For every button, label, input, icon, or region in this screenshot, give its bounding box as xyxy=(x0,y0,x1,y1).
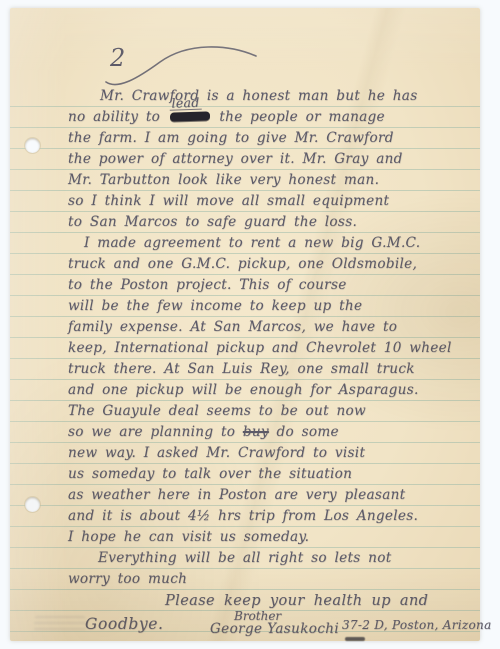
signature: George Yasukochi xyxy=(210,621,339,637)
letter-text: so we are planning to xyxy=(68,424,243,440)
letter-text: do some xyxy=(269,424,339,440)
letter-text: Mr. Crawford is a honest man but he has xyxy=(100,88,417,104)
letter-line: worry too much xyxy=(68,569,472,590)
letter-text: so I think I will move all small equipme… xyxy=(68,193,389,209)
letter-line: us someday to talk over the situation xyxy=(68,464,472,485)
pencil-smudge xyxy=(34,616,86,632)
letter-line: so we are planning to buy do some xyxy=(68,422,472,443)
letter-text: the farm. I am going to give Mr. Crawfor… xyxy=(68,130,394,146)
letter-line: family expense. At San Marcos, we have t… xyxy=(68,317,472,338)
letter-text: truck and one G.M.C. pickup, one Oldsmob… xyxy=(68,256,417,272)
letter-text: family expense. At San Marcos, we have t… xyxy=(68,319,397,335)
letter-line: new way. I asked Mr. Crawford to visit xyxy=(68,443,472,464)
letter-line: the farm. I am going to give Mr. Crawfor… xyxy=(68,128,472,149)
letter-line: I hope he can visit us someday. xyxy=(68,527,472,548)
closing-farewell: Goodbye. xyxy=(85,615,164,633)
letter-text: as weather here in Poston are very pleas… xyxy=(68,487,405,503)
letter-line: will be the few income to keep up the xyxy=(68,296,472,317)
letter-text: and it is about 4½ hrs trip from Los Ang… xyxy=(68,508,418,524)
letter-text: us someday to talk over the situation xyxy=(68,466,352,482)
letter-text: keep, International pickup and Chevrolet… xyxy=(68,340,452,356)
letter-line: I made agreement to rent a new big G.M.C… xyxy=(68,233,472,254)
letter-text: new way. I asked Mr. Crawford to visit xyxy=(68,445,365,461)
letter-text: I made agreement to rent a new big G.M.C… xyxy=(84,235,420,251)
letter-text: Mr. Tarbutton look like very honest man. xyxy=(68,172,379,188)
letter-line: so I think I will move all small equipme… xyxy=(68,191,472,212)
letter-line: the power of attorney over it. Mr. Gray … xyxy=(68,149,472,170)
letter-text: to San Marcos to safe guard the loss. xyxy=(68,214,357,230)
letter-line: to San Marcos to safe guard the loss. xyxy=(68,212,472,233)
letter-text: Everything will be all right so lets not xyxy=(98,550,391,566)
letter-text: no ability to xyxy=(68,109,168,125)
letter-line: truck there. At San Luis Rey, one small … xyxy=(68,359,472,380)
punch-hole-bottom xyxy=(25,497,40,512)
letter-text: the people or manage xyxy=(212,109,385,125)
letter-text: will be the few income to keep up the xyxy=(68,298,362,314)
letter-line: and it is about 4½ hrs trip from Los Ang… xyxy=(68,506,472,527)
letter-page: 2 Mr. Crawford is a honest man but he ha… xyxy=(10,8,480,641)
redacted-word: lead xyxy=(170,111,210,121)
letter-line: and one pickup will be enough for Aspara… xyxy=(68,380,472,401)
ink-smudge xyxy=(345,637,365,641)
letter-line: truck and one G.M.C. pickup, one Oldsmob… xyxy=(68,254,472,275)
letter-line: Mr. Crawford is a honest man but he has xyxy=(68,86,472,107)
scan-background: 2 Mr. Crawford is a honest man but he ha… xyxy=(0,0,500,649)
letter-text: The Guayule deal seems to be out now xyxy=(68,403,366,419)
letter-text: and one pickup will be enough for Aspara… xyxy=(68,382,419,398)
letter-line: no ability to lead the people or manage xyxy=(68,107,472,128)
letter-text: truck there. At San Luis Rey, one small … xyxy=(68,361,415,377)
punch-hole-top xyxy=(25,138,40,153)
closing-please-line: Please keep your health up and xyxy=(165,593,428,609)
letter-line: to the Poston project. This of course xyxy=(68,275,472,296)
letter-text: worry too much xyxy=(68,571,187,587)
letter-text: to the Poston project. This of course xyxy=(68,277,347,293)
letter-text: the power of attorney over it. Mr. Gray … xyxy=(68,151,403,167)
inserted-word: lead xyxy=(169,96,202,111)
letter-line: keep, International pickup and Chevrolet… xyxy=(68,338,472,359)
letter-body: Mr. Crawford is a honest man but he hasn… xyxy=(68,86,472,590)
letter-line: Everything will be all right so lets not xyxy=(68,548,472,569)
letter-text: I hope he can visit us someday. xyxy=(68,529,309,545)
struck-word: buy xyxy=(243,424,269,440)
letter-line: Mr. Tarbutton look like very honest man. xyxy=(68,170,472,191)
letter-line: The Guayule deal seems to be out now xyxy=(68,401,472,422)
closing-address: 37-2 D, Poston, Arizona xyxy=(342,618,492,632)
letter-line: as weather here in Poston are very pleas… xyxy=(68,485,472,506)
